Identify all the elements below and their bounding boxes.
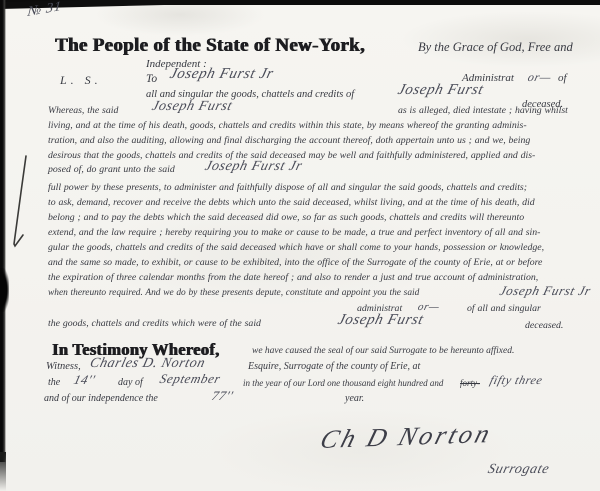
- month-handwritten: September: [158, 371, 222, 387]
- grantee-name-handwritten: Joseph Furst Jr: [168, 66, 275, 83]
- independence-label: and of our independence the: [44, 393, 158, 404]
- body-line: extend, and the law require ; hereby req…: [48, 227, 540, 238]
- year-struck-printed: forty-: [460, 378, 480, 388]
- witness-name-handwritten: Charles D. Norton: [88, 356, 207, 372]
- testimony-clause: we have caused the seal of our said Surr…: [252, 346, 514, 356]
- body-line: to ask, demand, recover and receive the …: [48, 197, 535, 208]
- year-handwritten: fifty three: [488, 373, 544, 388]
- grantee-name-handwritten: Joseph Furst Jr: [498, 283, 593, 299]
- scan-edge-fade: [0, 452, 6, 491]
- body-line: of all and singular: [467, 303, 541, 314]
- body-line: Whereas, the said: [48, 105, 118, 116]
- day-of-label: day of: [118, 377, 143, 388]
- body-line: full power by these presents, to adminis…: [48, 182, 527, 193]
- of-label: of: [558, 72, 567, 84]
- day-value-handwritten: 14'': [72, 372, 97, 388]
- body-line: the goods, chattels and credits which we…: [48, 318, 261, 329]
- deceased-name-handwritten: Joseph Furst: [396, 82, 485, 99]
- witness-label: Witness,: [46, 361, 81, 372]
- deceased-label: deceased.: [525, 320, 563, 331]
- the-label: the: [48, 377, 60, 388]
- year-label: year.: [345, 393, 364, 404]
- body-line: tration, and also the auditing, allowing…: [48, 135, 530, 146]
- to-label: To: [146, 73, 157, 85]
- body-line: as is alleged, died intestate ; having w…: [398, 105, 568, 116]
- grace-clause: By the Grace of God, Free and: [418, 40, 573, 55]
- surrogate-signature: Ch D Norton: [317, 419, 496, 455]
- deceased-name-handwritten: Joseph Furst: [336, 312, 425, 329]
- seal-placeholder-ls: L. S.: [60, 73, 102, 88]
- grantee-name-handwritten: Joseph Furst Jr: [203, 159, 304, 175]
- body-line: living, and at the time of his death, go…: [48, 120, 527, 131]
- body-line: posed of, do grant unto the said: [48, 164, 175, 175]
- year-line: in the year of our Lord one thousand eig…: [243, 378, 443, 388]
- body-line: and the same so made, to exhibit, or cau…: [48, 257, 542, 268]
- document-title: The People of the State of New-York,: [55, 35, 365, 57]
- surrogate-title-handwritten: Surrogate: [486, 462, 551, 478]
- independence-value-handwritten: 77'': [210, 388, 235, 404]
- body-line: when thereunto required. And we do by th…: [48, 288, 419, 298]
- administrator-suffix-handwritten: or—: [526, 70, 553, 85]
- body-line: the expiration of three calendar months …: [48, 272, 538, 283]
- scanned-document-page: № 31 The People of the State of New-York…: [0, 0, 600, 491]
- body-line: belong ; and to pay the debts which the …: [48, 212, 524, 223]
- esquire-line: Esquire, Surrogate of the county of Erie…: [248, 361, 420, 372]
- scan-edge-blotch: [0, 268, 9, 312]
- deceased-name-handwritten: Joseph Furst: [150, 99, 234, 115]
- body-line: gular the goods, chattels and credits of…: [48, 242, 544, 253]
- margin-checkmark: [6, 150, 32, 260]
